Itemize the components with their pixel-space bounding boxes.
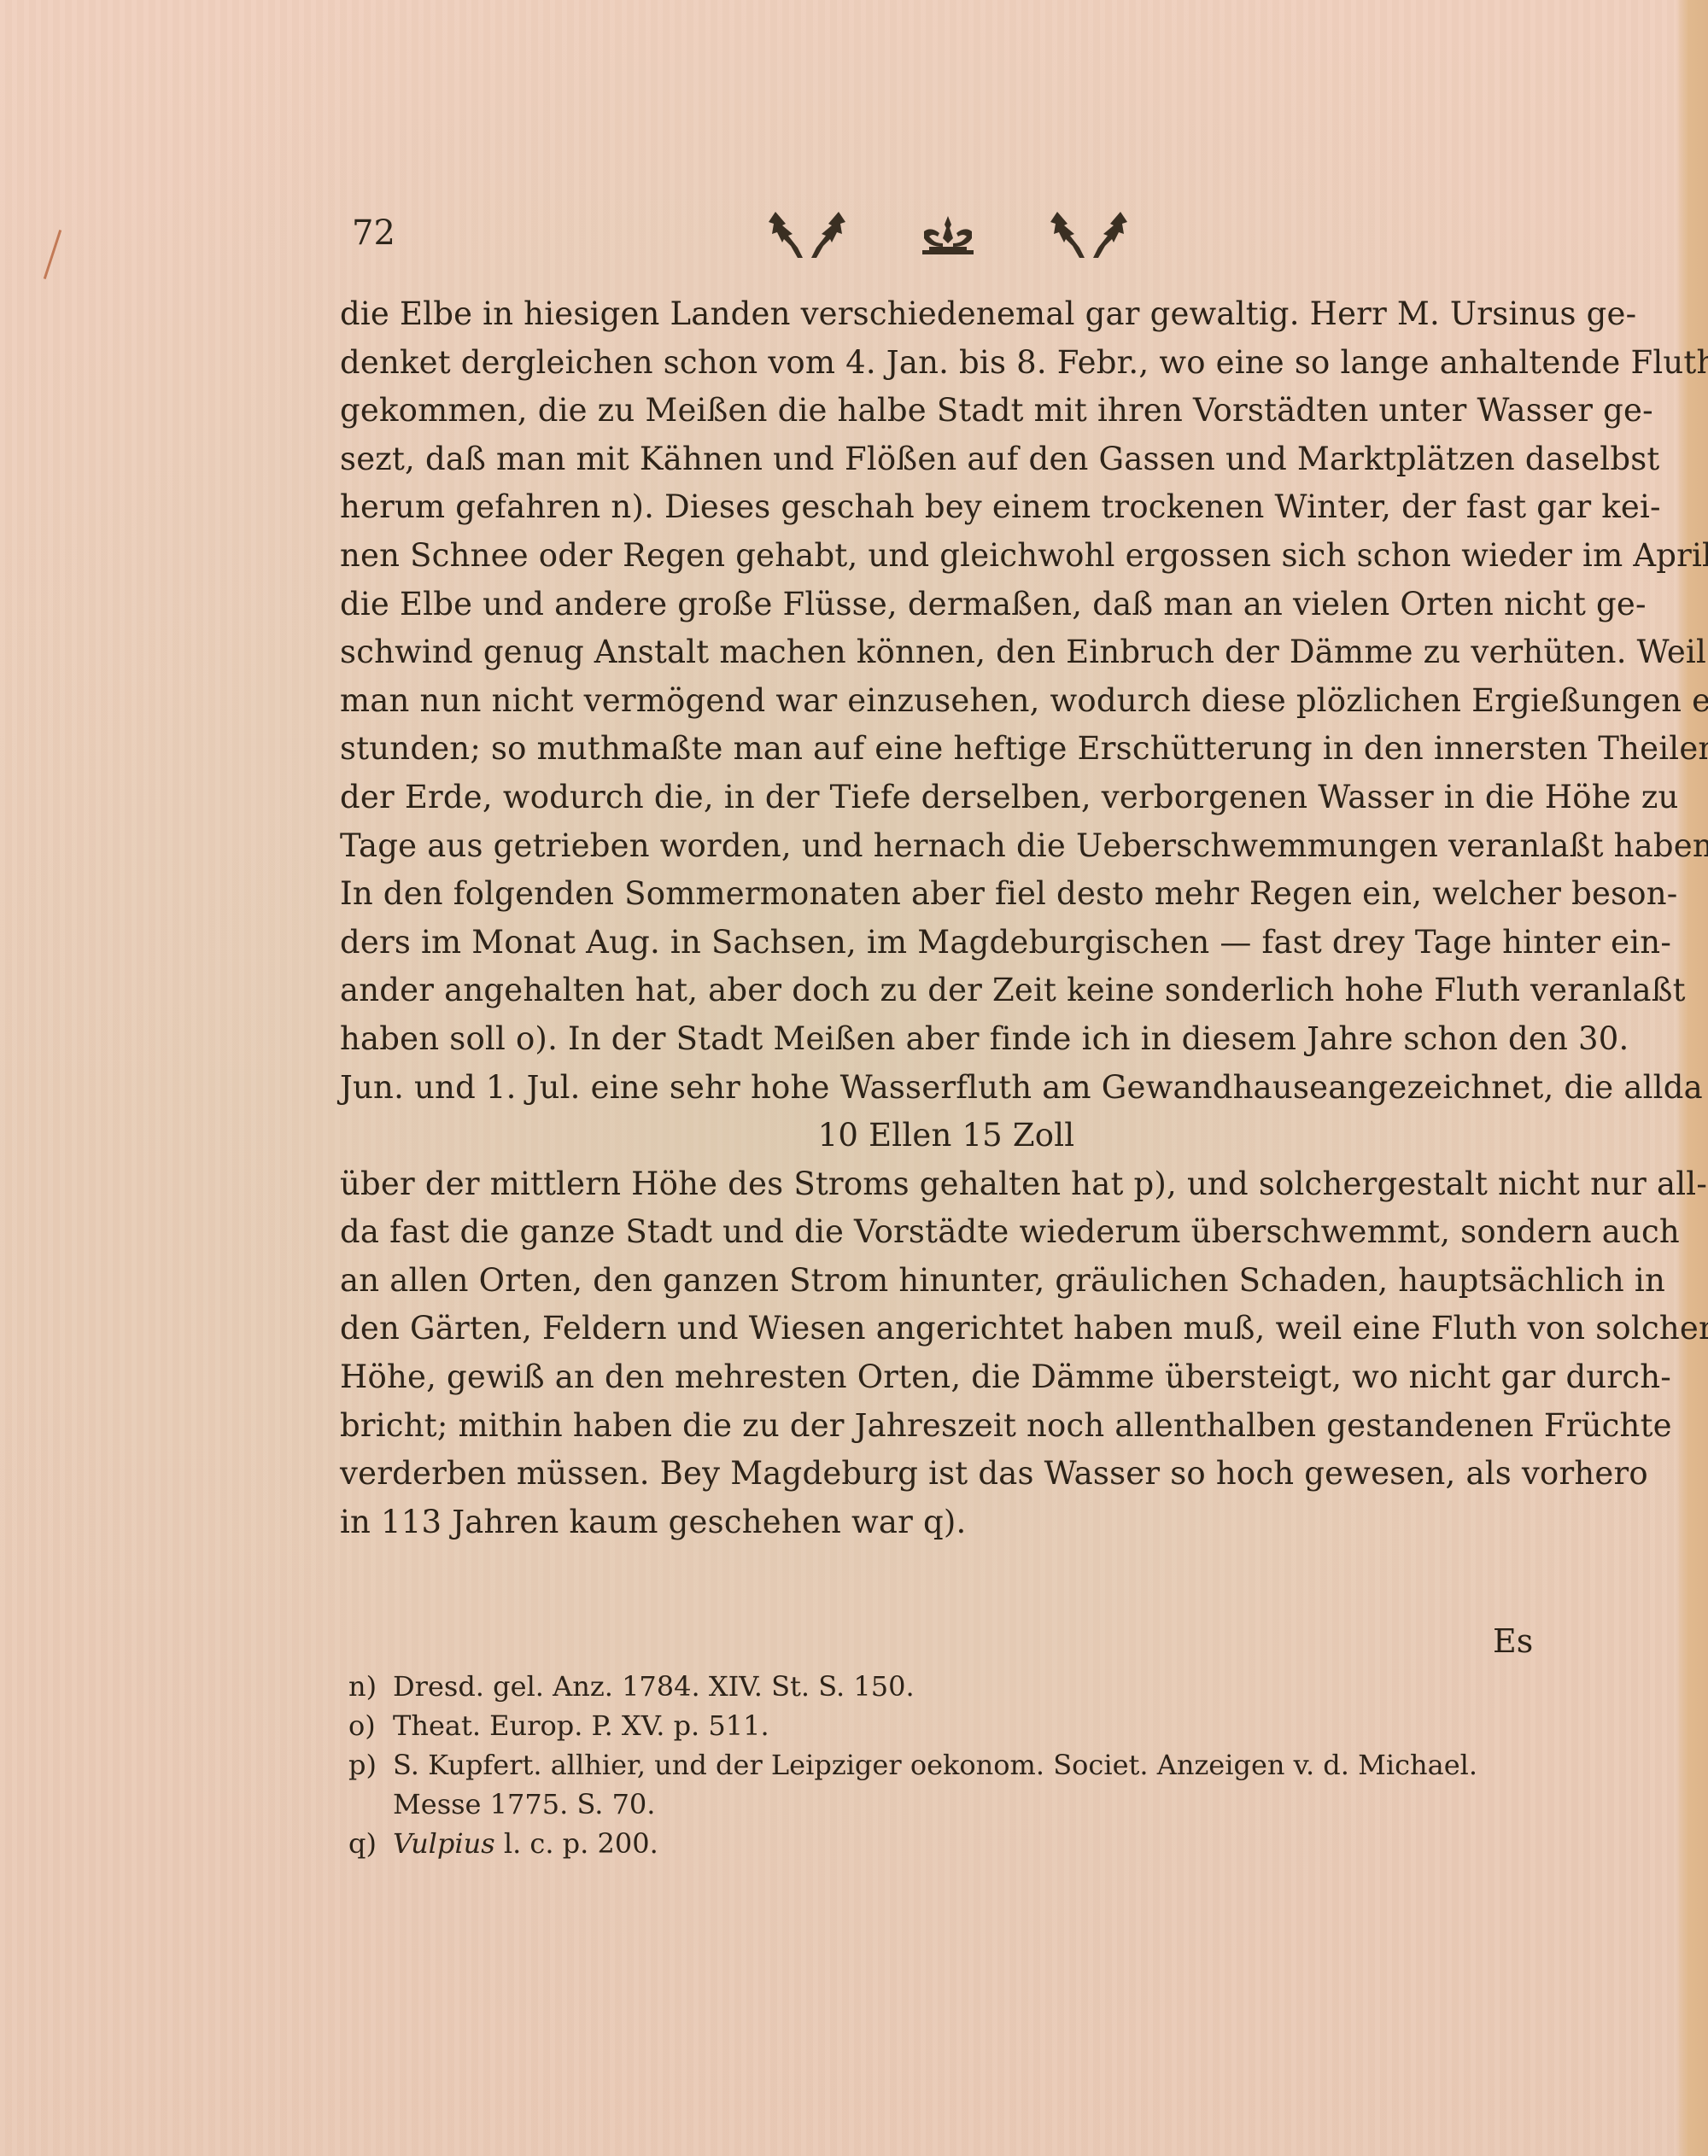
footnote-author: Vulpius [393,1827,495,1860]
page-header: 72 [342,213,1554,265]
text-line: nen Schnee oder Regen gehabt, und gleich… [340,532,1553,581]
footnote-text: Theat. Europ. P. XV. p. 511. [393,1709,769,1742]
text-line: denket dergleichen schon vom 4. Jan. bis… [340,339,1553,388]
text-line: Tage aus getrieben worden, und hernach d… [340,822,1553,871]
text-line: haben soll o). In der Stadt Meißen aber … [340,1015,1553,1064]
footnote-continuation: Messe 1775. S. 70. [348,1785,1561,1824]
footnote-n: n)Dresd. gel. Anz. 1784. XIV. St. S. 150… [348,1667,1561,1706]
text-line: Höhe, gewiß an den mehresten Orten, die … [340,1353,1553,1402]
footnote-text: S. Kupfert. allhier, und der Leipziger o… [393,1749,1477,1781]
text-line: der Erde, wodurch die, in der Tiefe ders… [340,774,1553,822]
acanthus-right-icon [1042,208,1136,261]
flood-measurement: 10 Ellen 15 Zoll [340,1112,1553,1160]
footnote-mark: p) [348,1745,393,1785]
text-line: in 113 Jahren kaum geschehen war q). [340,1499,1553,1547]
footnotes: n)Dresd. gel. Anz. 1784. XIV. St. S. 150… [348,1667,1561,1863]
text-line: ders im Monat Aug. in Sachsen, im Magdeb… [340,919,1553,967]
footnote-mark: o) [348,1706,393,1745]
text-line: Jun. und 1. Jul. eine sehr hohe Wasserfl… [340,1064,1553,1113]
text-line: verderben müssen. Bey Magdeburg ist das … [340,1450,1553,1499]
text-line: die Elbe in hiesigen Landen verschiedene… [340,290,1553,339]
body-text: die Elbe in hiesigen Landen verschiedene… [340,290,1553,1546]
text-line: In den folgenden Sommermonaten aber fiel… [340,870,1553,919]
text-line: stunden; so muthmaßte man auf eine hefti… [340,725,1553,774]
text-line: schwind genug Anstalt machen können, den… [340,628,1553,677]
text-line: sezt, daß man mit Kähnen und Flößen auf … [340,435,1553,484]
footnote-mark: n) [348,1667,393,1706]
text-line: bricht; mithin haben die zu der Jahresze… [340,1402,1553,1451]
text-line: über der mittlern Höhe des Stroms gehalt… [340,1160,1553,1209]
footnote-p: p)S. Kupfert. allhier, und der Leipziger… [348,1745,1561,1824]
footnote-text: l. c. p. 200. [495,1827,658,1860]
text-line: herum gefahren n). Dieses geschah bey ei… [340,483,1553,532]
footnote-o: o)Theat. Europ. P. XV. p. 511. [348,1706,1561,1745]
headpiece-ornament [760,208,1136,261]
footnote-q: q)Vulpius l. c. p. 200. [348,1824,1561,1863]
text-line: an allen Orten, den ganzen Strom hinunte… [340,1257,1553,1306]
footnote-mark: q) [348,1824,393,1863]
fleur-de-lis-icon [914,214,982,261]
text-line: da fast die ganze Stadt und die Vorstädt… [340,1208,1553,1257]
catchword: Es [1493,1622,1533,1660]
text-line: die Elbe und andere große Flüsse, dermaß… [340,581,1553,629]
text-line: gekommen, die zu Meißen die halbe Stadt … [340,387,1553,435]
acanthus-left-icon [760,208,854,261]
footnote-text: Dresd. gel. Anz. 1784. XIV. St. S. 150. [393,1670,915,1703]
text-line: den Gärten, Feldern und Wiesen angericht… [340,1305,1553,1353]
page-number: 72 [352,213,395,253]
text-line: man nun nicht vermögend war einzusehen, … [340,677,1553,726]
text-line: ander angehalten hat, aber doch zu der Z… [340,967,1553,1015]
